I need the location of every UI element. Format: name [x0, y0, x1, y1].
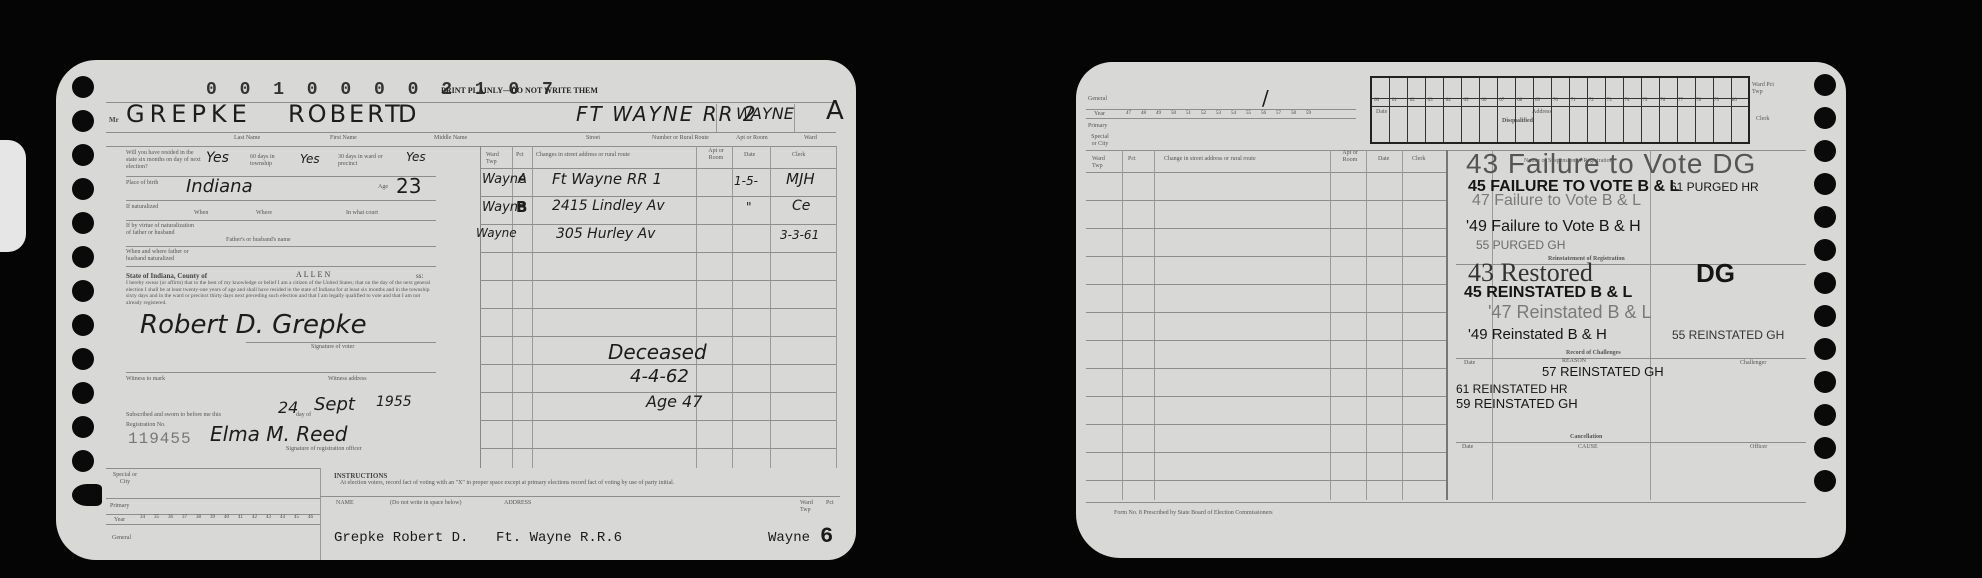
suspension-49: '49 Failure to Vote B & H — [1466, 218, 1641, 236]
label-primary: Primary — [110, 503, 129, 510]
punch-hole — [72, 212, 94, 234]
label-year: Year — [114, 517, 125, 524]
deceased-age: Age 47 — [646, 392, 702, 411]
punch-hole-notch — [72, 484, 102, 506]
middle-name: D — [398, 100, 416, 128]
divider — [1402, 150, 1403, 500]
label-special-city: Special or City — [1088, 134, 1112, 148]
punch-hole — [1814, 305, 1836, 327]
ward-pct: A — [826, 96, 844, 126]
punch-hole — [1814, 272, 1836, 294]
divider — [1446, 150, 1448, 500]
officer-signature: Elma M. Reed — [210, 422, 347, 446]
vote-mark-53: / — [1262, 86, 1269, 110]
residence-state-answer: Yes — [206, 150, 229, 166]
label-age: Age — [378, 184, 388, 191]
rule — [1086, 256, 1446, 257]
voter-registration-card-front: 0 0 1 0 0 0 0 2 1 0 7 PRINT PLAINLY—DO N… — [56, 60, 856, 560]
label-ward: Ward — [804, 135, 817, 142]
label-name: NAME — [336, 500, 354, 507]
year-col: 36 — [168, 515, 182, 520]
punch-hole — [72, 246, 94, 268]
label-first-name: First Name — [330, 135, 357, 142]
ss-label: ss: — [416, 272, 423, 280]
label-apt: Apt or Room — [736, 135, 768, 142]
label-clerk-top: Clerk — [1756, 116, 1769, 123]
label-number-route: Number or Rural Route — [652, 135, 709, 142]
rule — [126, 200, 436, 201]
label-registration-no: Registration No. — [126, 422, 166, 429]
first-name: ROBERT — [288, 100, 403, 128]
punch-hole — [1814, 470, 1836, 492]
th-pct: Pct — [516, 152, 524, 159]
change-row-3-date: 3-3-61 — [780, 228, 819, 242]
rule — [246, 342, 436, 343]
label-general: General — [1088, 96, 1107, 103]
label-days-ward: 30 days in ward or precinct — [338, 154, 398, 168]
divider — [794, 104, 795, 132]
change-row-2-date: " — [746, 200, 752, 214]
divider — [836, 146, 837, 468]
rule — [1086, 480, 1446, 481]
label-do-not-write: (Do not write in space below) — [390, 500, 461, 507]
punch-hole — [1814, 371, 1836, 393]
change-row-1-date: 1-5- — [734, 174, 758, 188]
th-cause: CAUSE — [1578, 444, 1598, 451]
film-edge — [0, 140, 26, 252]
rule — [106, 498, 321, 499]
punch-hole — [1814, 338, 1836, 360]
rule — [480, 420, 836, 421]
divider — [1650, 150, 1651, 500]
rule — [126, 372, 436, 373]
year-col: 38 — [196, 515, 210, 520]
label-when: When — [194, 210, 208, 217]
voter-signature: Robert D. Grepke — [140, 310, 367, 340]
punch-hole — [1814, 74, 1836, 96]
th-change-address: Change in street address or rural route — [1164, 156, 1256, 163]
th-clerk: Clerk — [1412, 156, 1425, 163]
punch-hole — [72, 314, 94, 336]
residence-township-answer: Yes — [300, 152, 320, 166]
age: 23 — [396, 174, 421, 198]
year-col: 48 — [1141, 111, 1156, 116]
form-footer: Form No. 8 Prescribed by State Board of … — [1114, 510, 1273, 517]
reinstatement-47: '47 Reinstated B & L — [1488, 302, 1652, 323]
rule — [126, 176, 436, 177]
th-cancel-date: Date — [1462, 444, 1473, 451]
label-signature-voter: Signature of voter — [311, 344, 354, 351]
header-note: PRINT PLAINLY—DO NOT WRITE THEM — [441, 86, 598, 95]
rule — [106, 132, 836, 133]
year-col: 42 — [252, 515, 266, 520]
year-col: 53 — [1216, 111, 1231, 116]
year-col: 35 — [154, 515, 168, 520]
change-row-1-clerk: MJH — [786, 170, 815, 188]
suspension-43: 43 Failure to Vote DG — [1466, 148, 1756, 180]
label-general: General — [112, 535, 131, 542]
rule — [1086, 118, 1356, 119]
year-col: 57 — [1276, 111, 1291, 116]
rule — [1086, 340, 1446, 341]
typed-name: Grepke Robert D. — [334, 530, 468, 546]
rule — [1086, 452, 1446, 453]
oath-text: I hereby swear (or affirm) that to the b… — [126, 280, 436, 306]
year-columns: 34 35 36 37 38 39 40 41 42 43 44 45 46 — [140, 515, 322, 520]
reinstatement-dg: DG — [1696, 258, 1735, 289]
year-col: 43 — [266, 515, 280, 520]
precinct: WAYNE — [736, 104, 794, 123]
year-col: 45 — [294, 515, 308, 520]
suspension-55: 55 PURGED GH — [1476, 238, 1565, 252]
punch-hole — [72, 110, 94, 132]
sworn-month: Sept — [314, 394, 355, 415]
year-col: 55 — [1246, 111, 1261, 116]
punch-hole — [1814, 437, 1836, 459]
reinstatement-55: 55 REINSTATED GH — [1672, 328, 1784, 342]
punch-hole — [1814, 140, 1836, 162]
punch-hole — [1814, 239, 1836, 261]
label-residence: Will you have resided in the state six m… — [126, 150, 206, 171]
divider — [320, 468, 321, 560]
divider — [1122, 150, 1123, 500]
label-virtue: If by virtue of naturalization of father… — [126, 223, 198, 237]
deceased-date: 4-4-62 — [630, 366, 689, 387]
label-middle-name: Middle Name — [434, 135, 467, 142]
punch-hole — [72, 144, 94, 166]
rule — [1086, 502, 1806, 503]
year-col: 49 — [1156, 111, 1171, 116]
punch-hole — [72, 382, 94, 404]
rule — [480, 224, 836, 225]
label-father-naturalized: When and where father or husband natural… — [126, 249, 206, 263]
rule — [126, 266, 436, 267]
label-ward-twp: Ward Twp — [800, 500, 820, 514]
label-officer: Signature of registration officer — [286, 446, 362, 453]
th-challenger: Challenger — [1740, 360, 1766, 367]
divider — [1330, 150, 1331, 500]
th-officer: Officer — [1750, 444, 1767, 451]
challenge-59: 59 REINSTATED GH — [1456, 396, 1578, 411]
year-col: 41 — [238, 515, 252, 520]
rule — [1086, 172, 1446, 173]
rule — [320, 496, 840, 497]
rule — [1086, 284, 1446, 285]
punch-hole — [1814, 173, 1836, 195]
label-place-of-birth: Place of birth — [126, 180, 166, 187]
change-row-1-pct: A — [518, 172, 527, 187]
year-col: 50 — [1171, 111, 1186, 116]
th-date: Date — [744, 152, 755, 159]
change-row-2-pct: B — [516, 198, 527, 216]
instructions-title: INSTRUCTIONS — [334, 472, 387, 480]
punch-hole — [72, 450, 94, 472]
th-date: Date — [1378, 156, 1389, 163]
deceased-note: Deceased — [608, 340, 707, 364]
instructions-text: At election voters, record fact of votin… — [340, 480, 790, 487]
label-naturalized: If naturalized — [126, 204, 166, 211]
challenge-61: 61 REINSTATED HR — [1456, 382, 1568, 396]
punch-hole — [72, 178, 94, 200]
punch-hole — [1814, 206, 1836, 228]
label-day-of: day of — [296, 412, 311, 419]
change-row-2-address: 2415 Lindley Av — [552, 198, 665, 214]
prefix-label: Mr — [109, 116, 119, 124]
change-row-2-clerk: Ce — [792, 198, 810, 214]
suspension-47: 47 Failure to Vote B & L — [1472, 192, 1641, 210]
label-last-name: Last Name — [234, 135, 260, 142]
th-clerk: Clerk — [792, 152, 805, 159]
change-row-1-address: Ft Wayne RR 1 — [552, 170, 662, 188]
label-state-county: State of Indiana, County of — [126, 272, 207, 280]
rule — [1456, 358, 1806, 359]
year-col: 39 — [210, 515, 224, 520]
change-row-3-ward: Wayne — [476, 226, 517, 240]
label-days-township: 60 days in township — [250, 154, 298, 168]
change-row-3-address: 305 Hurley Av — [556, 226, 655, 242]
voter-registration-card-back: General Year 47 48 49 50 51 52 53 54 55 … — [1076, 62, 1846, 558]
label-address: ADDRESS — [504, 500, 531, 507]
sworn-year: 1955 — [376, 394, 412, 410]
rule — [106, 524, 321, 525]
rule — [480, 336, 836, 337]
typed-ward: Wayne — [768, 530, 810, 546]
rule — [1086, 396, 1446, 397]
registration-number: 119455 — [128, 430, 192, 448]
year-col: 56 — [1261, 111, 1276, 116]
year-col: 51 — [1186, 111, 1201, 116]
rule — [1086, 200, 1446, 201]
year-col: 47 — [1126, 111, 1141, 116]
residence-ward-answer: Yes — [406, 150, 426, 164]
grid-columns — [1372, 78, 1748, 142]
rule — [480, 252, 836, 253]
label-cancellation: Cancellation — [1570, 434, 1602, 441]
label-ward-pct-top: Ward Pct Twp — [1752, 82, 1776, 96]
label-special-city: Special or City — [110, 472, 140, 486]
label-fathers-name: Father's or husband's name — [226, 237, 291, 244]
rule — [1086, 109, 1356, 110]
year-columns-left: 47 48 49 50 51 52 53 54 55 56 57 58 59 — [1126, 111, 1321, 116]
label-year: Year — [1094, 111, 1105, 118]
label-challenges: Record of Challenges — [1566, 350, 1621, 357]
th-apt: Apt or Room — [1338, 150, 1362, 164]
punch-hole — [72, 280, 94, 302]
rule — [1086, 228, 1446, 229]
punch-hole — [72, 416, 94, 438]
rule — [480, 196, 836, 197]
th-ward-twp: Ward Twp — [486, 152, 506, 166]
th-challenge-date: Date — [1464, 360, 1475, 367]
county: ALLEN — [296, 270, 332, 279]
rule — [126, 220, 436, 221]
label-street: Street — [586, 135, 600, 142]
year-col: 34 — [140, 515, 154, 520]
rule — [106, 146, 836, 147]
challenge-57: 57 REINSTATED GH — [1542, 364, 1664, 379]
label-witness-address: Witness address — [328, 376, 367, 383]
last-name: GREPKE — [126, 100, 252, 128]
year-col: 40 — [224, 515, 238, 520]
rule — [480, 280, 836, 281]
rule — [1086, 424, 1446, 425]
th-apt: Apt or Room — [704, 148, 728, 162]
year-col: 44 — [280, 515, 294, 520]
place-of-birth: Indiana — [186, 176, 253, 197]
divider — [716, 104, 717, 132]
typed-address: Ft. Wayne R.R.6 — [496, 530, 622, 546]
punch-hole — [1814, 107, 1836, 129]
label-primary: Primary — [1088, 123, 1107, 130]
th-pct: Pct — [1128, 156, 1136, 163]
suspension-61: 61 PURGED HR — [1670, 180, 1759, 194]
year-col: 37 — [182, 515, 196, 520]
rule — [106, 468, 321, 469]
punch-hole — [72, 76, 94, 98]
label-court: In what court — [346, 210, 378, 217]
year-col: 54 — [1231, 111, 1246, 116]
rule — [1086, 368, 1446, 369]
rule — [1086, 312, 1446, 313]
divider — [1366, 150, 1367, 500]
rule — [1456, 442, 1806, 443]
reinstatement-45: 45 REINSTATED B & L — [1464, 284, 1632, 302]
label-witness-mark: Witness to mark — [126, 376, 165, 383]
rule — [480, 168, 836, 169]
punch-hole — [1814, 404, 1836, 426]
label-pct: Pct — [826, 500, 834, 507]
th-changes: Changes in street address or rural route — [536, 152, 630, 159]
year-col: 58 — [1291, 111, 1306, 116]
year-col: 59 — [1306, 111, 1321, 116]
reinstatement-49: '49 Reinstated B & H — [1468, 326, 1607, 343]
rule — [480, 448, 836, 449]
typed-pct: 6 — [820, 524, 833, 549]
label-subscribed: Subscribed and sworn to before me this — [126, 412, 221, 419]
street: FT WAYNE RR 2 — [576, 102, 758, 126]
year-col: 52 — [1201, 111, 1216, 116]
rule — [126, 246, 436, 247]
label-where: Where — [256, 210, 272, 217]
rule — [480, 308, 836, 309]
divider — [1154, 150, 1155, 500]
vote-record-grid: 60 61 62 63 64 65 66 67 68 69 70 71 72 7… — [1370, 76, 1750, 144]
th-ward-twp: Ward Twp — [1092, 156, 1116, 170]
rule — [480, 364, 836, 365]
punch-hole — [72, 348, 94, 370]
